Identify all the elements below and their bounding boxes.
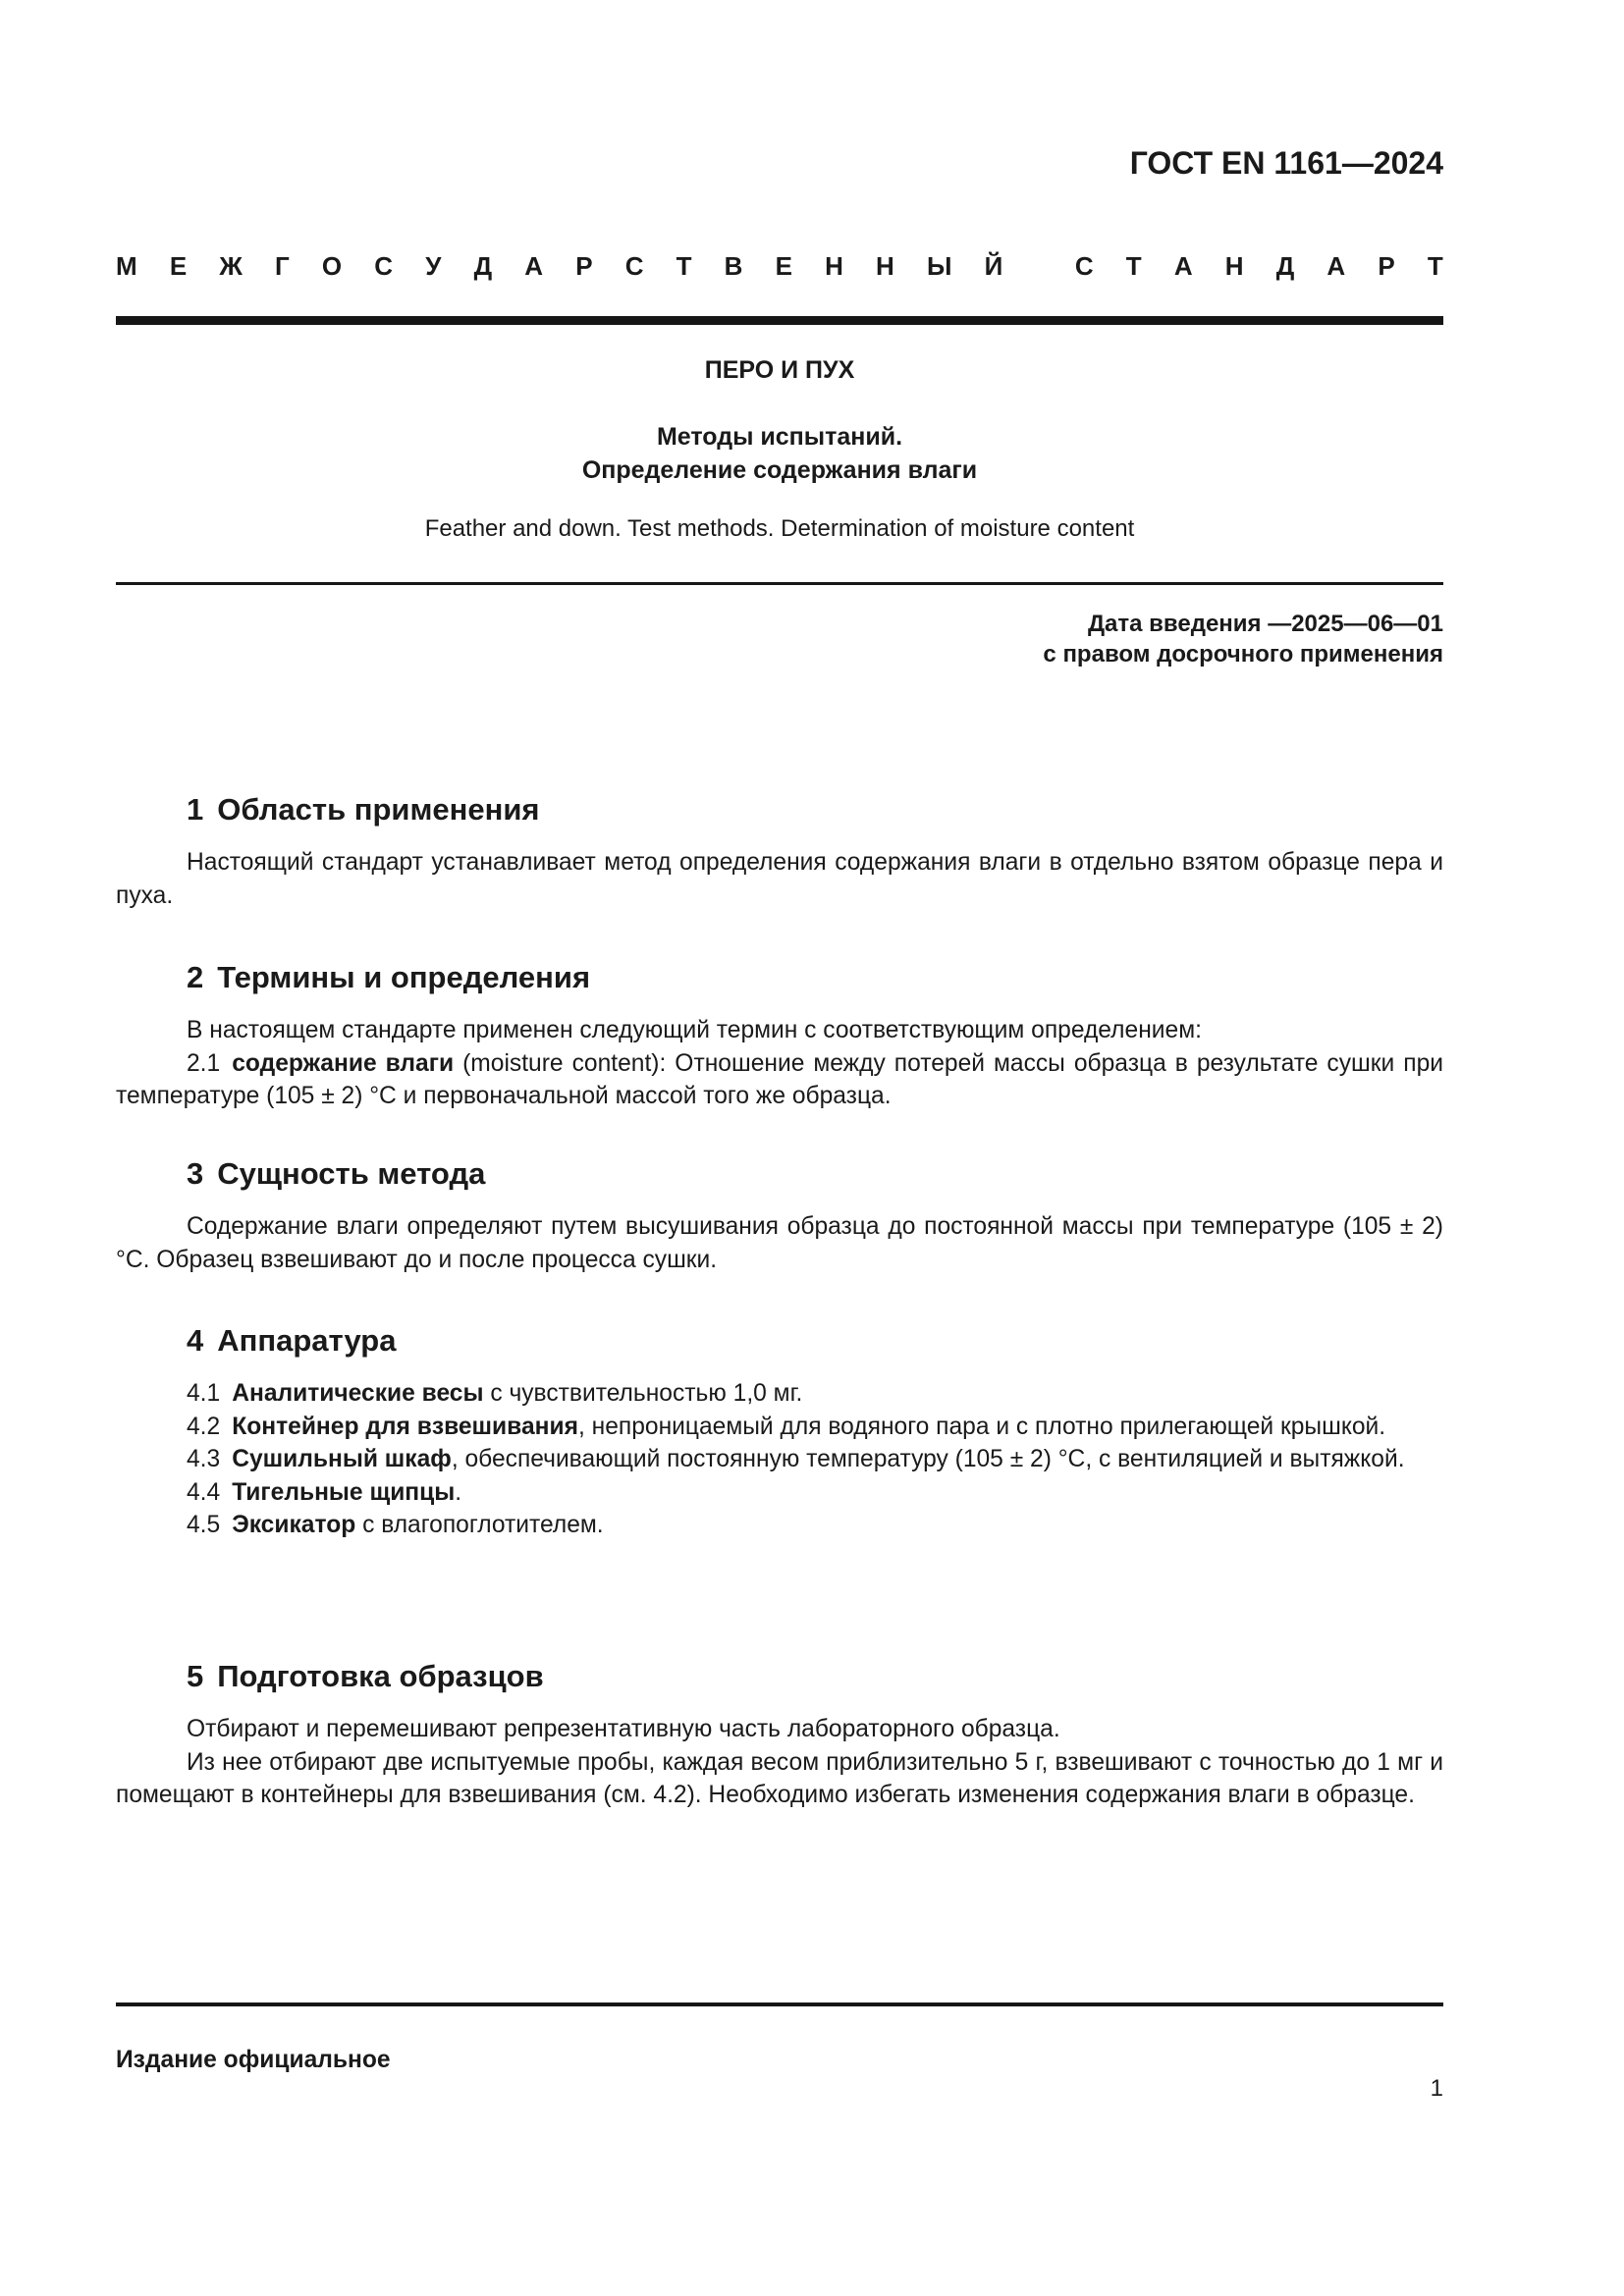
early-application-line: с правом досрочного применения [1043,639,1443,669]
clause-2-1: 2.1содержание влаги (moisture content): … [116,1047,1443,1113]
paragraph: Содержание влаги определяют путем высуши… [116,1210,1443,1276]
intro-date: Дата введения —2025—06—01 с правом досро… [1043,609,1443,669]
clause-4-5: 4.5Эксикатор с влагопоглотителем. [116,1509,1443,1542]
header-rule [116,316,1443,325]
standard-type-letter: Ж [219,251,243,282]
standard-type-letter: Д [1276,251,1295,282]
section-heading: 3Сущность метода [116,1154,1443,1194]
section-4: 4Аппаратура 4.1Аналитические весы с чувс… [116,1321,1443,1542]
clause-4-2: 4.2Контейнер для взвешивания, непроницае… [116,1411,1443,1444]
paragraph: Настоящий стандарт устанавливает метод о… [116,846,1443,912]
standard-type-letter: Г [275,251,290,282]
standard-type-letter: В [725,251,743,282]
standard-type-letter: С [374,251,393,282]
clause-4-4: 4.4Тигельные щипцы. [116,1476,1443,1510]
section-1: 1Область применения Настоящий стандарт у… [116,790,1443,912]
standard-type-letter: Н [876,251,894,282]
apparatus-list: 4.1Аналитические весы с чувствительность… [116,1377,1443,1542]
standard-type-heading: МЕЖГОСУДАРСТВЕННЫЙ СТАНДАРТ [116,251,1443,282]
section-5: 5Подготовка образцов Отбирают и перемеши… [116,1657,1443,1812]
english-title: Feather and down. Test methods. Determin… [116,515,1443,543]
section-heading: 4Аппаратура [116,1321,1443,1361]
standard-type-letter: Р [575,251,592,282]
standard-type-letter: С [625,251,644,282]
footer-rule [116,2002,1443,2006]
subtitle-line-2: Определение содержания влаги [116,454,1443,487]
standard-type-letter: М [116,251,137,282]
paragraph: Из нее отбирают две испытуемые пробы, ка… [116,1746,1443,1812]
standard-type-letter: А [1174,251,1193,282]
official-edition-label: Издание официальное [116,2047,391,2074]
paragraph: В настоящем стандарте применен следующий… [116,1014,1443,1047]
standard-code: ГОСТ EN 1161—2024 [1130,145,1443,182]
section-2: 2Термины и определения В настоящем станд… [116,958,1443,1113]
standard-type-letter: Й [985,251,1003,282]
paragraph: Отбирают и перемешивают репрезентативную… [116,1713,1443,1746]
document-subtitle: Методы испытаний. Определение содержания… [116,420,1443,487]
standard-type-letter: Т [1428,251,1443,282]
standard-type-letter: Р [1378,251,1394,282]
standard-type-letter: О [322,251,342,282]
clause-4-3: 4.3Сушильный шкаф, обеспечивающий постоя… [116,1443,1443,1476]
section-heading: 2Термины и определения [116,958,1443,997]
title-rule [116,582,1443,585]
intro-date-line: Дата введения —2025—06—01 [1043,609,1443,639]
standard-type-letter: С [1075,251,1094,282]
standard-type-letter: Е [170,251,187,282]
standard-type-letter: А [524,251,543,282]
standard-type-letter: Н [1225,251,1244,282]
standard-type-letter [1035,251,1042,282]
term: содержание влаги [232,1050,454,1077]
standard-type-letter: Д [474,251,493,282]
standard-type-letter: Ы [927,251,951,282]
standard-type-letter: Н [825,251,843,282]
standard-type-letter: Е [776,251,792,282]
section-heading: 1Область применения [116,790,1443,829]
standard-type-letter: Т [677,251,692,282]
section-heading: 5Подготовка образцов [116,1657,1443,1696]
subtitle-line-1: Методы испытаний. [116,420,1443,454]
clause-4-1: 4.1Аналитические весы с чувствительность… [116,1377,1443,1411]
section-3: 3Сущность метода Содержание влаги опреде… [116,1154,1443,1276]
standard-type-letter: А [1326,251,1345,282]
page-number: 1 [1431,2075,1443,2103]
document-title: ПЕРО И ПУХ [116,356,1443,385]
standard-type-letter: Т [1126,251,1142,282]
standard-type-letter: У [425,251,441,282]
